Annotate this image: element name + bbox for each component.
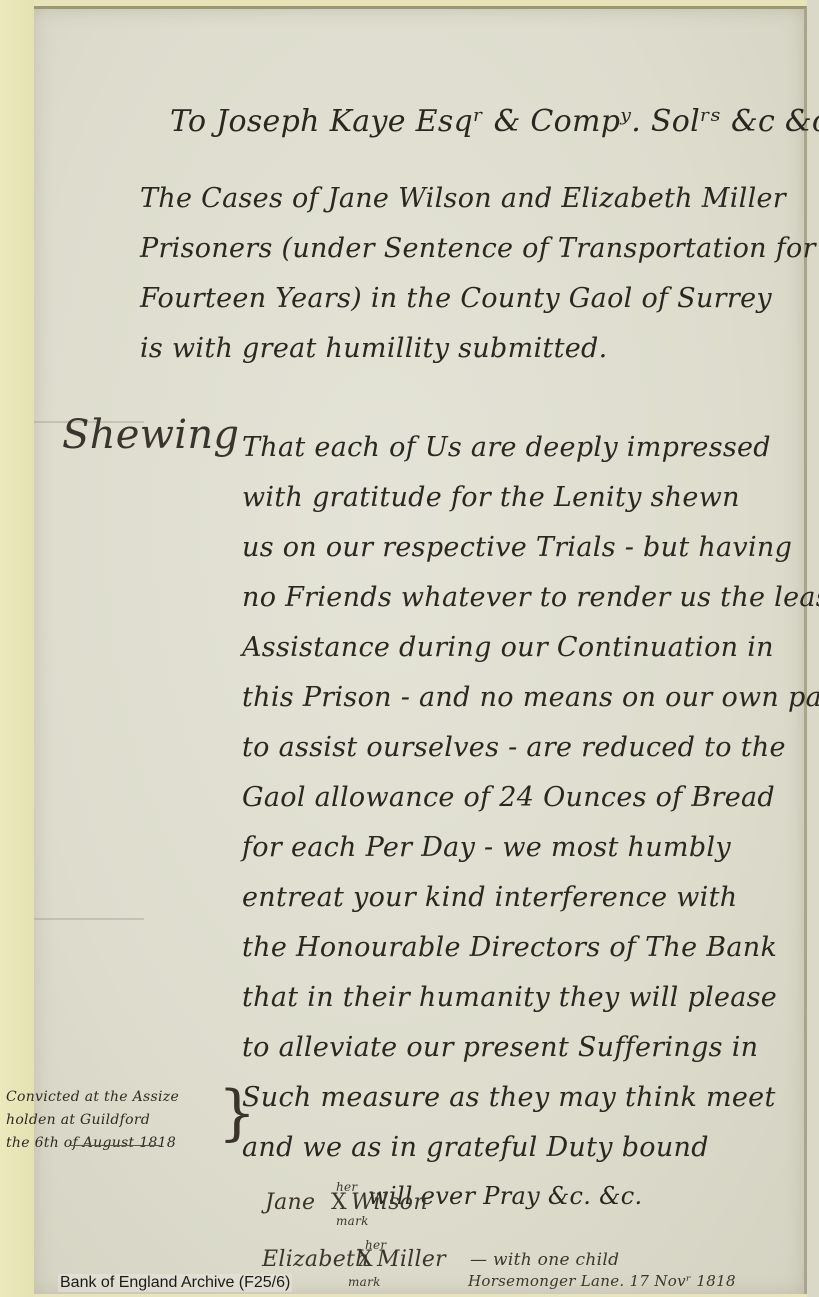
body-line: the Honourable Directors of The Bank — [242, 932, 777, 963]
margin-note-line: Convicted at the Assize — [6, 1086, 179, 1109]
body-line: Gaol allowance of 24 Ounces of Bread — [242, 782, 775, 813]
body-line: that in their humanity they will please — [242, 982, 777, 1013]
address-line: To Joseph Kaye Esqʳ & Compʸ. Solʳˢ &c &c — [170, 104, 819, 139]
body-line: with gratitude for the Lenity shewn — [242, 482, 740, 513]
shewing-label: Shewing — [62, 412, 239, 458]
margin-underline — [70, 1145, 160, 1146]
place-date: Horsemonger Lane. 17 Novʳ 1818 — [468, 1272, 736, 1290]
x-mark: X — [357, 1247, 373, 1272]
title-line: is with great humillity submitted. — [140, 333, 607, 364]
brace-symbol: } — [218, 1078, 256, 1148]
margin-note-line: holden at Guildford — [6, 1109, 179, 1132]
child-note: — with one child — [470, 1250, 619, 1270]
body-line: this Prison - and no means on our own pa… — [242, 682, 819, 713]
body-line: That each of Us are deeply impressed — [242, 432, 771, 463]
mark-label: mark — [336, 1214, 369, 1228]
mark-label: mark — [348, 1275, 381, 1289]
body-line: Such measure as they may think meet — [242, 1082, 776, 1113]
body-line: no Friends whatever to render us the lea… — [242, 582, 819, 613]
signature-first-name: Jane — [265, 1190, 315, 1215]
page-edge — [807, 0, 819, 1297]
title-line: The Cases of Jane Wilson and Elizabeth M… — [140, 183, 786, 214]
archive-label: Bank of England Archive (F25/6) — [58, 1274, 292, 1292]
body-line: to assist ourselves - are reduced to the — [242, 732, 786, 763]
title-line: Fourteen Years) in the County Gaol of Su… — [140, 283, 772, 314]
title-line: Prisoners (under Sentence of Transportat… — [140, 233, 816, 264]
body-line: Assistance during our Continuation in — [242, 632, 774, 663]
x-mark: X — [331, 1190, 347, 1215]
body-line: entreat your kind interference with — [242, 882, 737, 913]
signature-first-name: Elizabeth — [262, 1247, 370, 1272]
body-line: and we as in grateful Duty bound — [242, 1132, 709, 1163]
body-line: to alleviate our present Sufferings in — [242, 1032, 758, 1063]
body-line: for each Per Day - we most humbly — [242, 832, 731, 863]
signature-last-name: Wilson — [351, 1190, 428, 1215]
signature-last-name: Miller — [377, 1247, 446, 1272]
margin-note-line: the 6th of August 1818 — [6, 1132, 179, 1155]
fold-line — [34, 918, 144, 920]
body-line: us on our respective Trials - but having — [242, 532, 792, 563]
